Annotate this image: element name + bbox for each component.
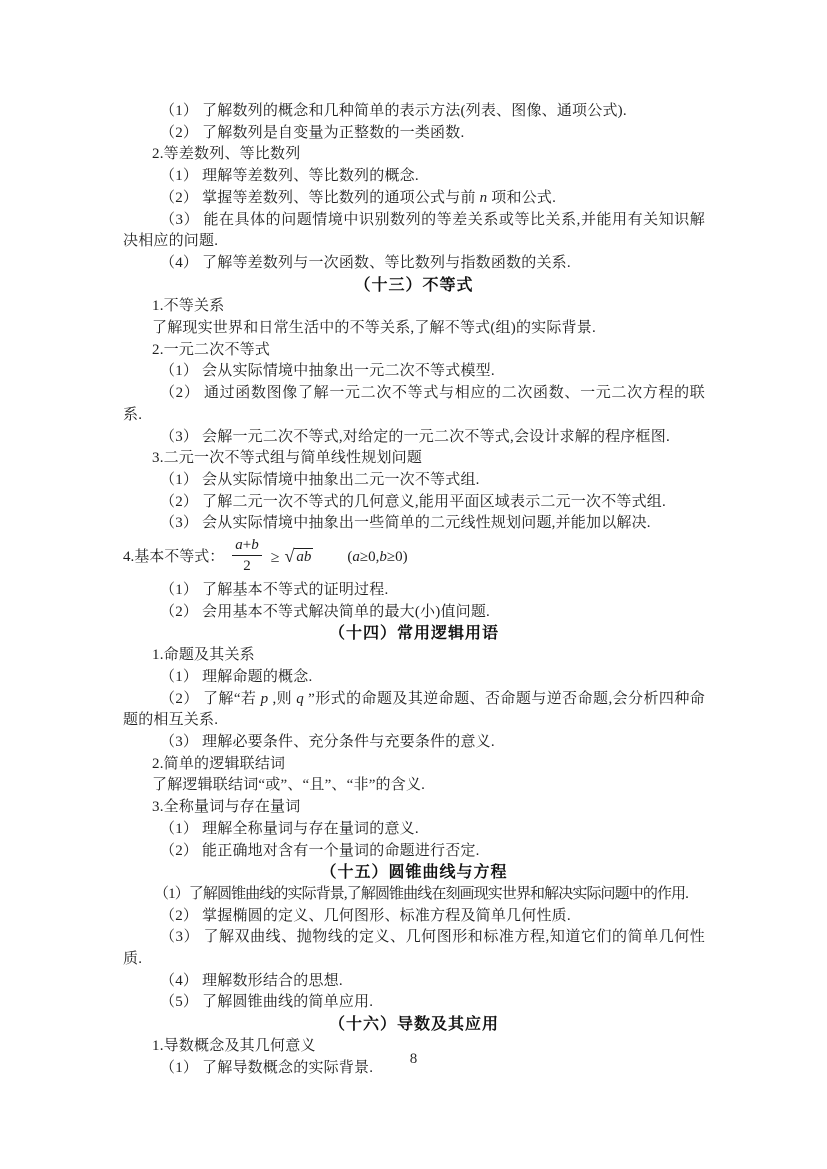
text-run: （1） 了解基本不等式的证明过程. bbox=[160, 582, 388, 598]
paragraph: （1） 会从实际情境中抽象出二元一次不等式组. bbox=[123, 470, 705, 492]
text-run: （2） 了解数列是自变量为正整数的一类函数. bbox=[160, 125, 464, 141]
paragraph: 1.命题及其关系 bbox=[123, 645, 705, 667]
text-run: （1）了解圆锥曲线的实际背景,了解圆锥曲线在刻画现实世界和解决实际问题中的作用. bbox=[154, 886, 688, 902]
sqrt-expression: √ab bbox=[285, 549, 314, 565]
paragraph: （3） 会解一元二次不等式,对给定的一元二次不等式,会设计求解的程序框图. bbox=[123, 427, 705, 449]
text-run: 2.简单的逻辑联结词 bbox=[152, 756, 285, 772]
document-text-block: （1） 了解数列的概念和几种简单的表示方法(列表、图像、通项公式).（2） 了解… bbox=[123, 101, 705, 1079]
paragraph: （2） 了解数列是自变量为正整数的一类函数. bbox=[123, 123, 705, 145]
paragraph: （2） 掌握等差数列、等比数列的通项公式与前 n 项和公式. bbox=[123, 188, 705, 210]
paragraph: （2） 掌握椭圆的定义、几何图形、标准方程及简单几何性质. bbox=[123, 906, 705, 928]
paragraph: 3.全称量词与存在量词 bbox=[123, 797, 705, 819]
paragraph: （4） 理解数形结合的思想. bbox=[123, 971, 705, 993]
paragraph: 2.简单的逻辑联结词 bbox=[123, 754, 705, 776]
text-run: （4） 理解数形结合的思想. bbox=[160, 973, 343, 989]
formula-condition: (a≥0,b≥0) bbox=[347, 549, 407, 565]
text-run: （2） 能正确地对含有一个量词的命题进行否定. bbox=[160, 843, 480, 859]
text-run: （5） 了解圆锥曲线的简单应用. bbox=[160, 994, 373, 1010]
paragraph: （3） 理解必要条件、充分条件与充要条件的意义. bbox=[123, 732, 705, 754]
text-run: （2） 了解二元一次不等式的几何意义,能用平面区域表示二元一次不等式组. bbox=[160, 494, 666, 510]
paragraph: （2） 能正确地对含有一个量词的命题进行否定. bbox=[123, 841, 705, 863]
paragraph: （1） 了解数列的概念和几种简单的表示方法(列表、图像、通项公式). bbox=[123, 101, 705, 123]
paragraph: 2.一元二次不等式 bbox=[123, 340, 705, 362]
paragraph: （1）了解圆锥曲线的实际背景,了解圆锥曲线在刻画现实世界和解决实际问题中的作用. bbox=[123, 884, 705, 906]
text-run: （2） 了解“若 bbox=[160, 691, 261, 707]
text-run: 2.一元二次不等式 bbox=[152, 342, 270, 358]
paragraph: （2） 了解“若 p ,则 q ”形式的命题及其逆命题、否命题与逆否命题,会分析… bbox=[123, 689, 705, 732]
text-run: （4） 了解等差数列与一次函数、等比数列与指数函数的关系. bbox=[160, 255, 571, 271]
paragraph: 3.二元一次不等式组与简单线性规划问题 bbox=[123, 448, 705, 470]
section-heading: （十三）不等式 bbox=[123, 275, 705, 297]
text-run: 3.全称量词与存在量词 bbox=[152, 799, 300, 815]
greater-equal-symbol: ≥ bbox=[271, 549, 280, 566]
paragraph: 了解现实世界和日常生活中的不等关系,了解不等式(组)的实际背景. bbox=[123, 318, 705, 340]
text-run: （2） 掌握等差数列、等比数列的通项公式与前 bbox=[160, 190, 480, 206]
text-run: （3） 能在具体的问题情境中识别数列的等差关系或等比关系,并能用有关知识解决相应… bbox=[123, 212, 705, 250]
fraction: a+b2 bbox=[232, 535, 261, 576]
paragraph: （3） 能在具体的问题情境中识别数列的等差关系或等比关系,并能用有关知识解决相应… bbox=[123, 210, 705, 253]
paragraph: （1） 会从实际情境中抽象出一元二次不等式模型. bbox=[123, 361, 705, 383]
text-run: （1） 会从实际情境中抽象出二元一次不等式组. bbox=[160, 472, 480, 488]
radicand: ab bbox=[294, 548, 313, 566]
fraction-denominator: 2 bbox=[232, 555, 261, 576]
math-variable: q bbox=[296, 691, 304, 707]
paragraph: （3） 了解双曲线、抛物线的定义、几何图形和标准方程,知道它们的简单几何性质. bbox=[123, 927, 705, 970]
paragraph: （4） 了解等差数列与一次函数、等比数列与指数函数的关系. bbox=[123, 253, 705, 275]
paragraph: （5） 了解圆锥曲线的简单应用. bbox=[123, 992, 705, 1014]
text-run: （1） 理解等差数列、等比数列的概念. bbox=[160, 168, 419, 184]
fraction-numerator: a+b bbox=[232, 535, 261, 555]
paragraph: （2） 通过函数图像了解一元二次不等式与相应的二次函数、一元二次方程的联系. bbox=[123, 383, 705, 426]
text-run: （2） 通过函数图像了解一元二次不等式与相应的二次函数、一元二次方程的联系. bbox=[123, 385, 705, 423]
paragraph: （3） 会从实际情境中抽象出一些简单的二元线性规划问题,并能加以解决. bbox=[123, 513, 705, 535]
paragraph: （1） 理解等差数列、等比数列的概念. bbox=[123, 166, 705, 188]
text-run: （1） 会从实际情境中抽象出一元二次不等式模型. bbox=[160, 363, 495, 379]
paragraph: （1） 了解基本不等式的证明过程. bbox=[123, 580, 705, 602]
text-run: 2.等差数列、等比数列 bbox=[152, 146, 300, 162]
text-run: 3.二元一次不等式组与简单线性规划问题 bbox=[152, 450, 422, 466]
text-run: （3） 会解一元二次不等式,对给定的一元二次不等式,会设计求解的程序框图. bbox=[160, 429, 670, 445]
text-run: （1） 了解数列的概念和几种简单的表示方法(列表、图像、通项公式). bbox=[160, 103, 627, 119]
paragraph: 2.等差数列、等比数列 bbox=[123, 144, 705, 166]
text-run: 了解现实世界和日常生活中的不等关系,了解不等式(组)的实际背景. bbox=[152, 320, 596, 336]
paragraph: 1.不等关系 bbox=[123, 296, 705, 318]
text-run: 了解逻辑联结词“或”、“且”、“非”的含义. bbox=[152, 777, 425, 793]
paragraph: （2） 会用基本不等式解决简单的最大(小)值问题. bbox=[123, 602, 705, 624]
page-number: 8 bbox=[0, 1051, 827, 1068]
text-run: （3） 会从实际情境中抽象出一些简单的二元线性规划问题,并能加以解决. bbox=[160, 515, 651, 531]
paragraph: （2） 了解二元一次不等式的几何意义,能用平面区域表示二元一次不等式组. bbox=[123, 492, 705, 514]
text-run: 项和公式. bbox=[487, 190, 556, 206]
text-run: （1） 理解命题的概念. bbox=[160, 669, 312, 685]
text-run: （3） 理解必要条件、充分条件与充要条件的意义. bbox=[160, 734, 495, 750]
text-run: 1.命题及其关系 bbox=[152, 647, 255, 663]
paragraph: （1） 理解全称量词与存在量词的意义. bbox=[123, 819, 705, 841]
text-run: （2） 会用基本不等式解决简单的最大(小)值问题. bbox=[160, 604, 490, 620]
paragraph: （1） 理解命题的概念. bbox=[123, 667, 705, 689]
formula-prefix: 4.基本不等式： bbox=[123, 549, 224, 565]
radical-sign-icon: √ bbox=[285, 546, 295, 566]
formula-line: 4.基本不等式：a+b2≥√ab(a≥0,b≥0) bbox=[123, 535, 705, 580]
paragraph: 了解逻辑联结词“或”、“且”、“非”的含义. bbox=[123, 775, 705, 797]
section-heading: （十四）常用逻辑用语 bbox=[123, 623, 705, 645]
text-run: （3） 了解双曲线、抛物线的定义、几何图形和标准方程,知道它们的简单几何性质. bbox=[123, 929, 705, 967]
text-run: 1.不等关系 bbox=[152, 298, 224, 314]
text-run: ,则 bbox=[268, 691, 296, 707]
text-run: （2） 掌握椭圆的定义、几何图形、标准方程及简单几何性质. bbox=[160, 908, 571, 924]
text-run: （1） 理解全称量词与存在量词的意义. bbox=[160, 821, 419, 837]
section-heading: （十六）导数及其应用 bbox=[123, 1014, 705, 1036]
section-heading: （十五）圆锥曲线与方程 bbox=[123, 862, 705, 884]
